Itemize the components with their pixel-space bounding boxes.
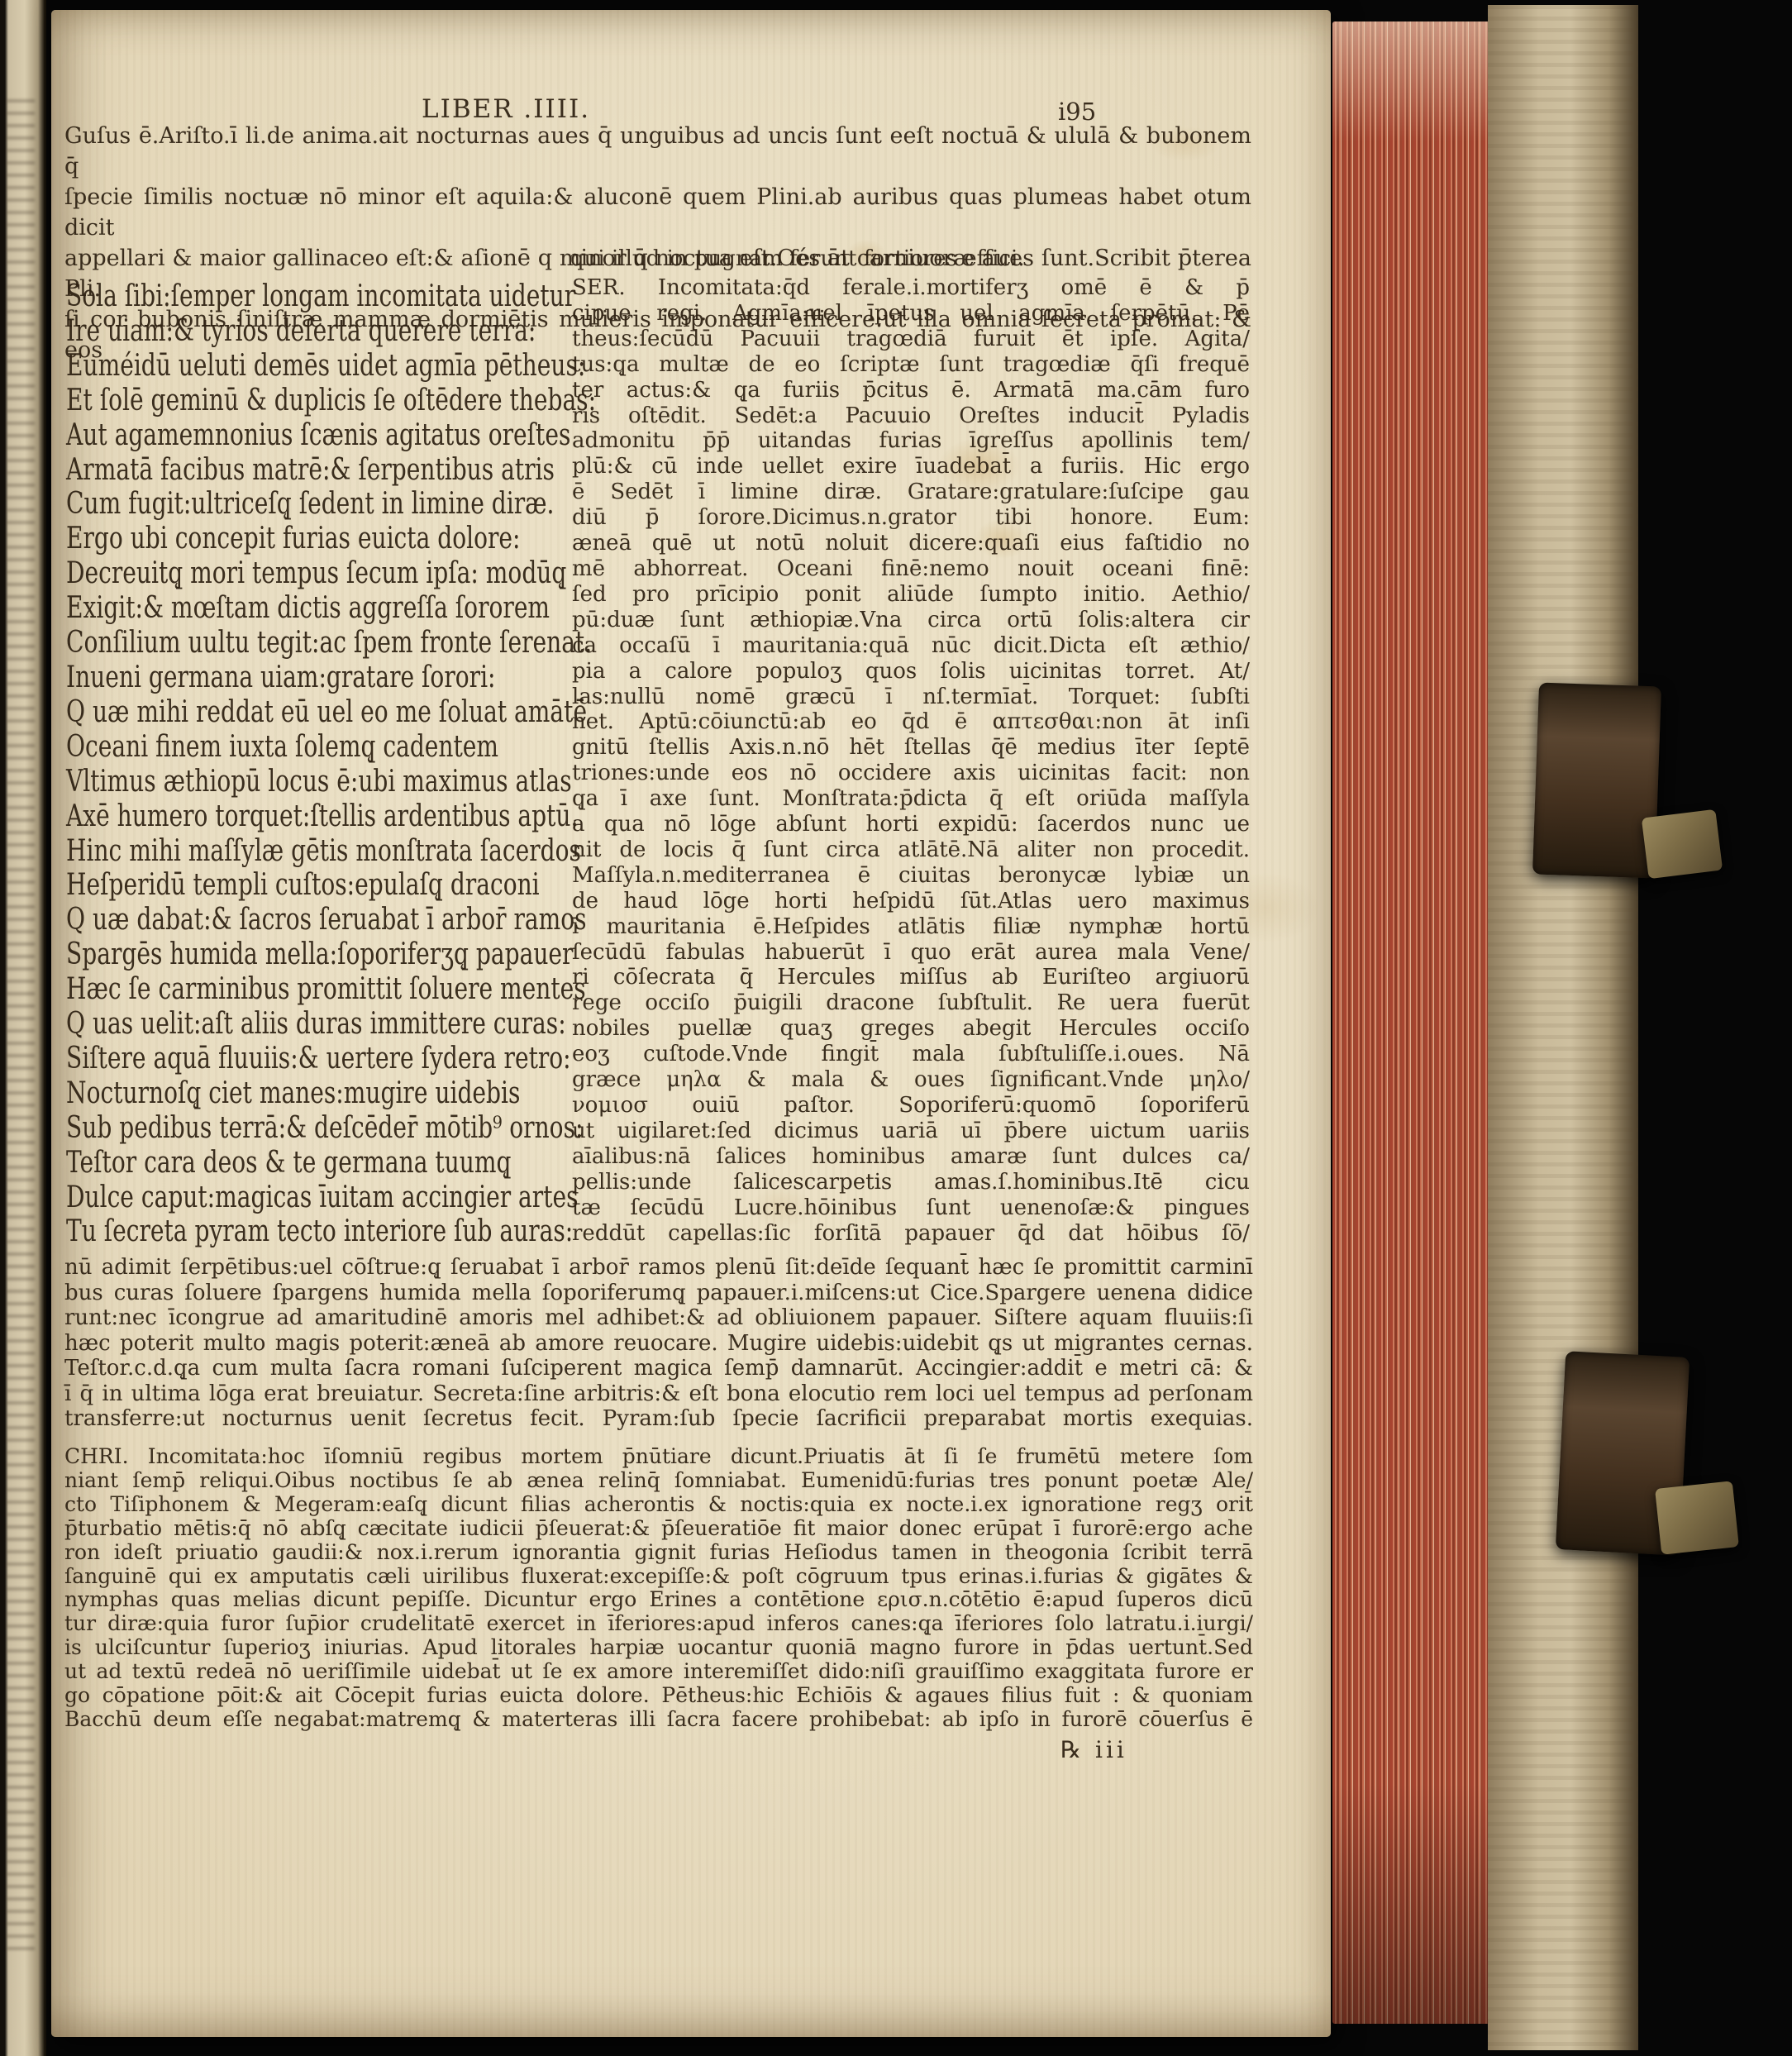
text-line: Cum fugit:ultriceſq̨ ſedent in limine di… <box>66 487 565 522</box>
text-line: Dulce caput:magicas īuitam accingier art… <box>66 1181 565 1215</box>
text-line: pellis:unde ſalicescarpetis amas.ſ.homin… <box>572 1170 1250 1195</box>
text-line: reddūt capellas:ſic forſitā papauer q̄d … <box>572 1221 1250 1247</box>
text-line: tur diræ:quia furor ſup̄ior crudelitatē … <box>64 1612 1253 1636</box>
text-line: is ulciſcuntur ſuperioʒ iniurias. Apud l… <box>64 1636 1253 1660</box>
clasp-metal-fitting-bottom <box>1655 1481 1739 1554</box>
text-line: Q uæ mihi reddat eū uel eo me ſoluat amā… <box>66 695 565 730</box>
text-line: tæ ſecūdū Lucre.hōinibus ſunt uenenoſæ:&… <box>572 1195 1250 1221</box>
text-line: Sub pedibus terrā:& deſcēder̄ mōtib⁹ orn… <box>66 1111 565 1146</box>
text-line: cipue regi. Agmīa:uel īpetus uel agmīa ſ… <box>572 301 1250 327</box>
text-line: Sola ſibi:ſemper longam incomitata uidet… <box>66 279 565 314</box>
text-line: ron ideſt priuatio gaudii:& nox.i.rerum … <box>64 1541 1253 1565</box>
text-line: ter actus:& q̨a furiis p̄citus ē. Armatā… <box>572 378 1250 403</box>
text-line: CHRI. Incomitata:hoc īſomniū regibus mor… <box>64 1445 1253 1469</box>
text-line: ri cōſecrata q̄ Hercules miſſus ab Euriſ… <box>572 965 1250 990</box>
text-line: eoʒ cuſtode.Vnde fingit̄ mala ſubſtuliſſ… <box>572 1042 1250 1067</box>
facing-page-text-smudge <box>7 99 35 1951</box>
text-line: transferre:ut nocturnus uenit ſecretus f… <box>64 1406 1253 1432</box>
text-line: rege occiſo p̄uigili dracone ſubſtulit. … <box>572 990 1250 1016</box>
text-line: Inueni germana uiam:gratare ſorori: <box>66 661 565 695</box>
text-line: Spargēs humida mella:ſoporiferʒq̨ papaue… <box>66 937 565 972</box>
text-line: ſpecie ſimilis noctuæ nō minor eſt aquil… <box>64 182 1251 243</box>
text-line: Exigit:& mœſtam dictis aggreſſa ſororem <box>66 591 565 626</box>
text-line: Oceani finem iuxta ſolemq̨ cadentem <box>66 730 565 765</box>
text-line: niant ſemp̄ reliqui.Oibus noctibus ſe ab… <box>64 1469 1253 1493</box>
text-line: admonitu p̄p̄ uitandas furias īgreſſus a… <box>572 428 1250 454</box>
notes-block: nū adimit ſerpētibus:uel cōſtrue:q̨ ſeru… <box>64 1255 1253 1432</box>
text-line: nymphas quas melias dicunt pepiſſe. Dicu… <box>64 1588 1253 1612</box>
text-line: Euméidū ueluti demēs uidet agmīa pētheus… <box>66 349 565 384</box>
verse-column: Sola ſibi:ſemper longam incomitata uidet… <box>66 279 565 1249</box>
text-line: Guſus ē.Ariſto.ī li.de anima.ait nocturn… <box>64 121 1251 182</box>
text-line: νομιοσ ouiū paſtor. Soporiferū:quomō ſop… <box>572 1093 1250 1119</box>
text-line: Armatā facibus matrē:& ſerpentibus atris <box>66 453 565 488</box>
text-line: Ergo ubi concepit furias euicta dolore: <box>66 522 565 556</box>
text-line: hæc poterit multo magis poterit:æneā ab … <box>64 1331 1253 1357</box>
text-line: nobiles puellæ quaʒ greges abegit Hercul… <box>572 1016 1250 1042</box>
photo-backdrop: LIBER .IIII. i95 Guſus ē.Ariſto.ī li.de … <box>0 0 1792 2056</box>
text-line: de haud lōge horti heſpidū ſūt.Atlas uer… <box>572 889 1250 914</box>
signature-mark: ℞ iii <box>1060 1736 1127 1763</box>
text-line: Hinc mihi maſſylæ gētis monſtrata ſacerd… <box>66 834 565 869</box>
text-line: ī mauritania ē.Heſpides atlātis filiæ ny… <box>572 914 1250 940</box>
text-line: ſanguinē qui ex amputatis cæli uirilibus… <box>64 1565 1253 1589</box>
text-line: a qua nō lōge abſunt horti expidū: ſacer… <box>572 812 1250 837</box>
text-line: Bacchū deum eſſe negabat:matremq̨ & mate… <box>64 1708 1253 1732</box>
leather-clasp-top <box>1532 682 1661 878</box>
text-line: pia a calore populoʒ quos ſolis uicinita… <box>572 659 1250 685</box>
text-line: Siſtere aquā fluuiis:& uertere ſydera re… <box>66 1042 565 1076</box>
text-line: nit de locis q̄ ſunt circa atlātē.Nā ali… <box>572 837 1250 863</box>
text-line: ē Sedēt ī limine diræ. Gratare:gratulare… <box>572 479 1250 505</box>
text-line: Heſperidū templi cuſtos:epulaſq̨ draconi <box>66 868 565 903</box>
text-line: SER. Incomitata:q̄d ferale.i.mortiferʒ o… <box>572 275 1250 301</box>
servius-commentary-column: SER. Incomitata:q̄d ferale.i.mortiferʒ o… <box>572 275 1250 1246</box>
text-line: Maſſyla.n.mediterranea ē ciuitas beronyc… <box>572 863 1250 889</box>
text-line: Nocturnoſq̨ ciet manes:mugire uidebis <box>66 1076 565 1111</box>
text-line: aīalibus:nā ſalices hominibus amaræ ſunt… <box>572 1144 1250 1170</box>
text-line: nū adimit ſerpētibus:uel cōſtrue:q̨ ſeru… <box>64 1255 1253 1281</box>
text-line: bus curas ſoluere ſpargens humida mella … <box>64 1281 1253 1306</box>
text-line: theus:ſecūdū Pacuuii tragœdiā furuit ēt … <box>572 327 1250 352</box>
text-line: ut ad textū redeā nō ueriſſimile uidebat… <box>64 1660 1253 1684</box>
text-line: Teſtor cara deos & te germana tuumq̨ <box>66 1146 565 1181</box>
text-line: runt:nec īcongrue ad amaritudinē amoris … <box>64 1305 1253 1331</box>
clasp-metal-fitting-top <box>1642 809 1723 879</box>
text-line: græce μηλα & mala & oues ſignificant.Vnd… <box>572 1067 1250 1093</box>
text-line: diū p̄ ſorore.Dicimus.n.grator tibi hono… <box>572 505 1250 531</box>
text-line: net. Aptū:cōiunctū:ab eo q̄d ē απτεσθαι:… <box>572 709 1250 735</box>
text-line: tus:q̨a multæ de eo ſcriptæ ſunt tragœdi… <box>572 352 1250 378</box>
text-line: go cōpatione pōit:& ait Cōcepit furias e… <box>64 1684 1253 1708</box>
vellum-cover-edge <box>1488 5 1638 2050</box>
text-line: ris oſtēdit. Sedēt:a Pacuuio Oreſtes ind… <box>572 403 1250 429</box>
text-line: triones:unde eos nō occidere axis uicini… <box>572 761 1250 786</box>
facing-page-edge <box>0 0 46 2056</box>
text-line: cto Tiſiphonem & Megeram:eaſq̨ dicunt fi… <box>64 1493 1253 1517</box>
text-line: las:nullū nomē græcū ī nſ.termīat̄. Torq… <box>572 685 1250 710</box>
text-line: Vltimus æthiopū locus ē:ubi maximus atla… <box>66 765 565 799</box>
red-fore-edge <box>1332 21 1496 2024</box>
text-line: Q uas uelit:aſt aliis duras immittere cu… <box>66 1007 565 1042</box>
text-line: mē abhorreat. Oceani finē:nemo nouit oce… <box>572 556 1250 582</box>
text-line: ſed pro prīcipio ponit aliūde ſumpto ini… <box>572 582 1250 608</box>
text-line: Decreuitq̨ mori tempus ſecum ipſa: modūq… <box>66 556 565 591</box>
text-line: Tu ſecreta pyram tecto interiore ſub aur… <box>66 1214 565 1249</box>
christophorus-commentary-block: CHRI. Incomitata:hoc īſomniū regibus mor… <box>64 1445 1253 1732</box>
cover-texture <box>1488 5 1638 2050</box>
text-line: Ire uiam:& tyrios deſerta querere terra: <box>66 314 565 349</box>
text-line: q̨a ī axe ſunt. Monſtrata:p̄dicta q̄ eſt… <box>572 786 1250 812</box>
text-line: æneā quē ut notū noluit dicere:quaſi eiu… <box>572 531 1250 556</box>
text-line: Et ſolē geminū & duplicis ſe oſtēdere th… <box>66 384 565 418</box>
running-title: LIBER .IIII. <box>422 94 590 124</box>
text-line: p̄turbatio mētis:q̄ nō abſq̨ cæcitate iu… <box>64 1517 1253 1541</box>
text-line: ſecūdū fabulas habuerūt ī quo erāt aurea… <box>572 940 1250 966</box>
text-line: ca occaſū ī mauritania:quā nūc dicit.Dic… <box>572 633 1250 659</box>
text-line: Hæc ſe carminibus promittit ſoluere ment… <box>66 972 565 1007</box>
text-line: Axē humero torquet:ſtellis ardentibus ap… <box>66 799 565 834</box>
text-line: pū:duæ ſunt æthiopiæ.Vna circa ortū ſoli… <box>572 608 1250 633</box>
text-line: Teſtor.c.d.q̨a cum multa ſacra romani ſu… <box>64 1356 1253 1381</box>
text-line: Q uæ dabat:& ſacros ſeruabat ī arbor̄ ra… <box>66 903 565 937</box>
text-line: Conſilium uultu tegit:ac ſpem fronte ſer… <box>66 626 565 661</box>
text-line: ut uigilaret:ſed dicimus uariā uī p̄bere… <box>572 1119 1250 1144</box>
text-line: plū:& cū inde uellet exire īuadebat̄ a f… <box>572 454 1250 479</box>
text-line: ī q̄ in ultima lōga erat breuiatur. Secr… <box>64 1381 1253 1407</box>
text-line: gnitū ſtellis Axis.n.nō hēt ſtellas q̄ē … <box>572 735 1250 761</box>
argument-continuation-line: qui illud in pugnam ferunt fortiores eff… <box>570 246 1025 271</box>
text-line: Aut agamemnonius ſcænis agitatus oreſtes <box>66 418 565 453</box>
book-page: LIBER .IIII. i95 Guſus ē.Ariſto.ī li.de … <box>51 10 1331 2037</box>
